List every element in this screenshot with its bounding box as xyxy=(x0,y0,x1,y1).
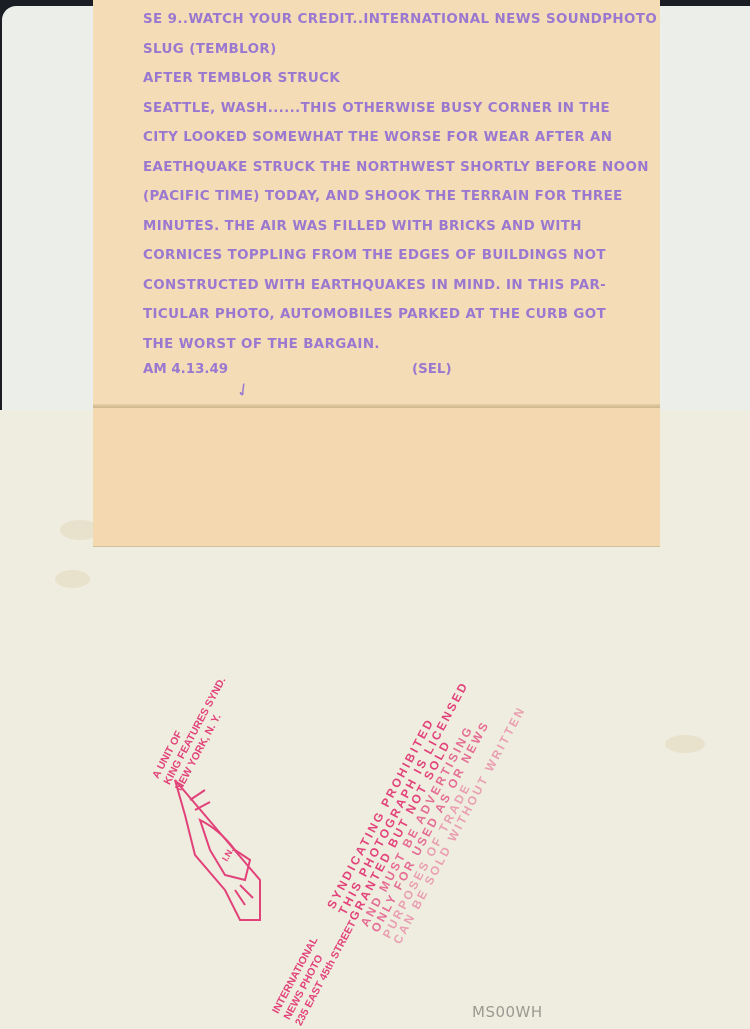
fold-line xyxy=(93,404,660,408)
caption-line: SLUG (TEMBLOR) xyxy=(143,40,643,70)
caption-line: TICULAR PHOTO, AUTOMOBILES PARKED AT THE… xyxy=(143,305,643,335)
handwritten-code: MS00WH xyxy=(472,1003,543,1021)
dateline: AM 4.13.49 xyxy=(143,362,228,377)
caption-line: CITY LOOKED SOMEWHAT THE WORSE FOR WEAR … xyxy=(143,128,643,158)
caption-line: SE 9..WATCH YOUR CREDIT..INTERNATIONAL N… xyxy=(143,10,643,40)
caption-line: AFTER TEMBLOR STRUCK xyxy=(143,69,643,99)
caption-slip-folded xyxy=(93,408,660,546)
stain xyxy=(665,735,705,753)
initials: (SEL) xyxy=(412,362,452,377)
caption-line: SEATTLE, WASH......THIS OTHERWISE BUSY C… xyxy=(143,99,643,129)
caption-line: CORNICES TOPPLING FROM THE EDGES OF BUIL… xyxy=(143,246,643,276)
caption-line: (PACIFIC TIME) TODAY, AND SHOOK THE TERR… xyxy=(143,187,643,217)
caption-body: SE 9..WATCH YOUR CREDIT..INTERNATIONAL N… xyxy=(143,10,643,364)
eagle-logo-icon: I.N. xyxy=(165,760,275,930)
stain xyxy=(55,570,90,588)
caption-line: THE WORST OF THE BARGAIN. xyxy=(143,335,643,365)
caption-line: CONSTRUCTED WITH EARTHQUAKES IN MIND. IN… xyxy=(143,276,643,306)
caption-line: EAETHQUAKE STRUCK THE NORTHWEST SHORTLY … xyxy=(143,158,643,188)
caption-line: MINUTES. THE AIR WAS FILLED WITH BRICKS … xyxy=(143,217,643,247)
